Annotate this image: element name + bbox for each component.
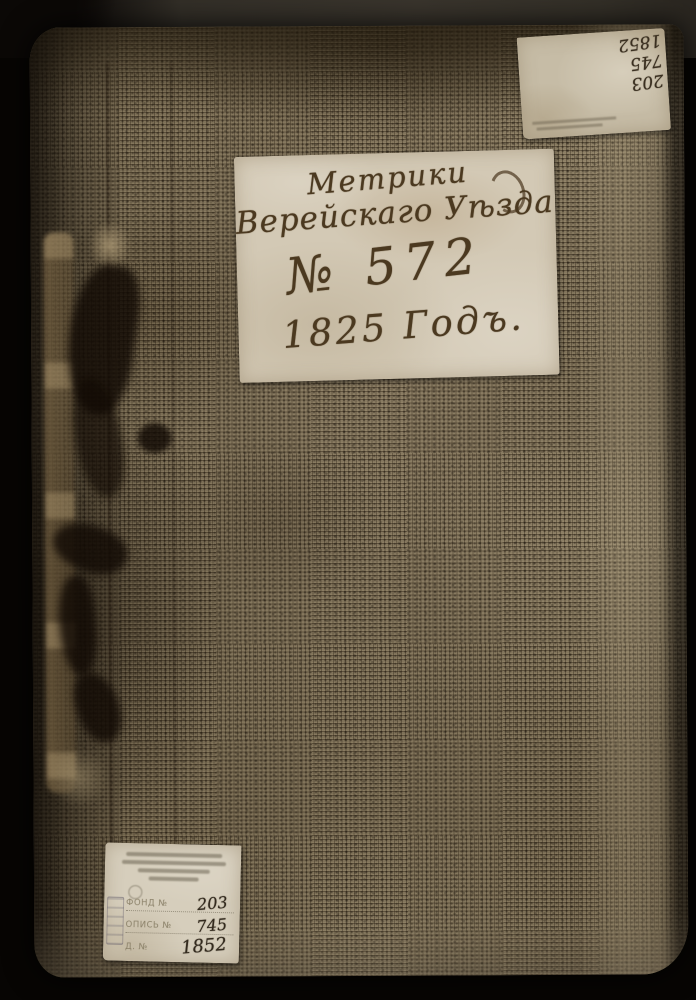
spine-stain-lower (68, 667, 129, 748)
faded-print-line (149, 876, 199, 881)
frayed-lower-spine (49, 747, 109, 807)
main-title-label: Метрики Верейскаго Уѣзда № 572 1825 Годъ… (234, 149, 560, 383)
frayed-thread-knot (89, 221, 131, 269)
delo-value: 1852 (181, 936, 228, 958)
faded-stamp-text (537, 123, 603, 130)
archive-form-rows: ФОНД № 203 ОПИСЬ № 745 Д. № 1852 (125, 889, 234, 956)
faded-stamp-text (532, 116, 616, 125)
faded-printed-header (117, 852, 232, 887)
bottom-left-archive-label: ФОНД № 203 ОПИСЬ № 745 Д. № 1852 (103, 842, 242, 963)
cover-fold-line (170, 63, 178, 941)
fond-row: ФОНД № 203 (126, 889, 234, 913)
faded-print-line (122, 860, 226, 866)
ink-spot (138, 423, 172, 453)
faded-print-line (138, 868, 210, 874)
opis-label: ОПИСЬ № (125, 920, 172, 933)
fond-value: 203 (197, 895, 229, 913)
faded-print-line (126, 852, 222, 858)
photo-of-archival-book: Метрики Верейскаго Уѣзда № 572 1825 Годъ… (0, 0, 696, 1000)
delo-row: Д. № 1852 (125, 933, 233, 956)
opis-value: 745 (196, 917, 228, 935)
spine-hinge-line (106, 63, 114, 941)
opis-row: ОПИСЬ № 745 (125, 911, 233, 935)
side-inventory-stamp (106, 897, 124, 945)
upside-down-archive-numbers: 203 745 1852 (583, 32, 665, 97)
fond-label: ФОНД № (126, 898, 168, 911)
book-cover: Метрики Верейскаго Уѣзда № 572 1825 Годъ… (30, 24, 689, 977)
top-right-archive-label: 203 745 1852 (517, 28, 671, 140)
delo-label: Д. № (125, 942, 148, 955)
